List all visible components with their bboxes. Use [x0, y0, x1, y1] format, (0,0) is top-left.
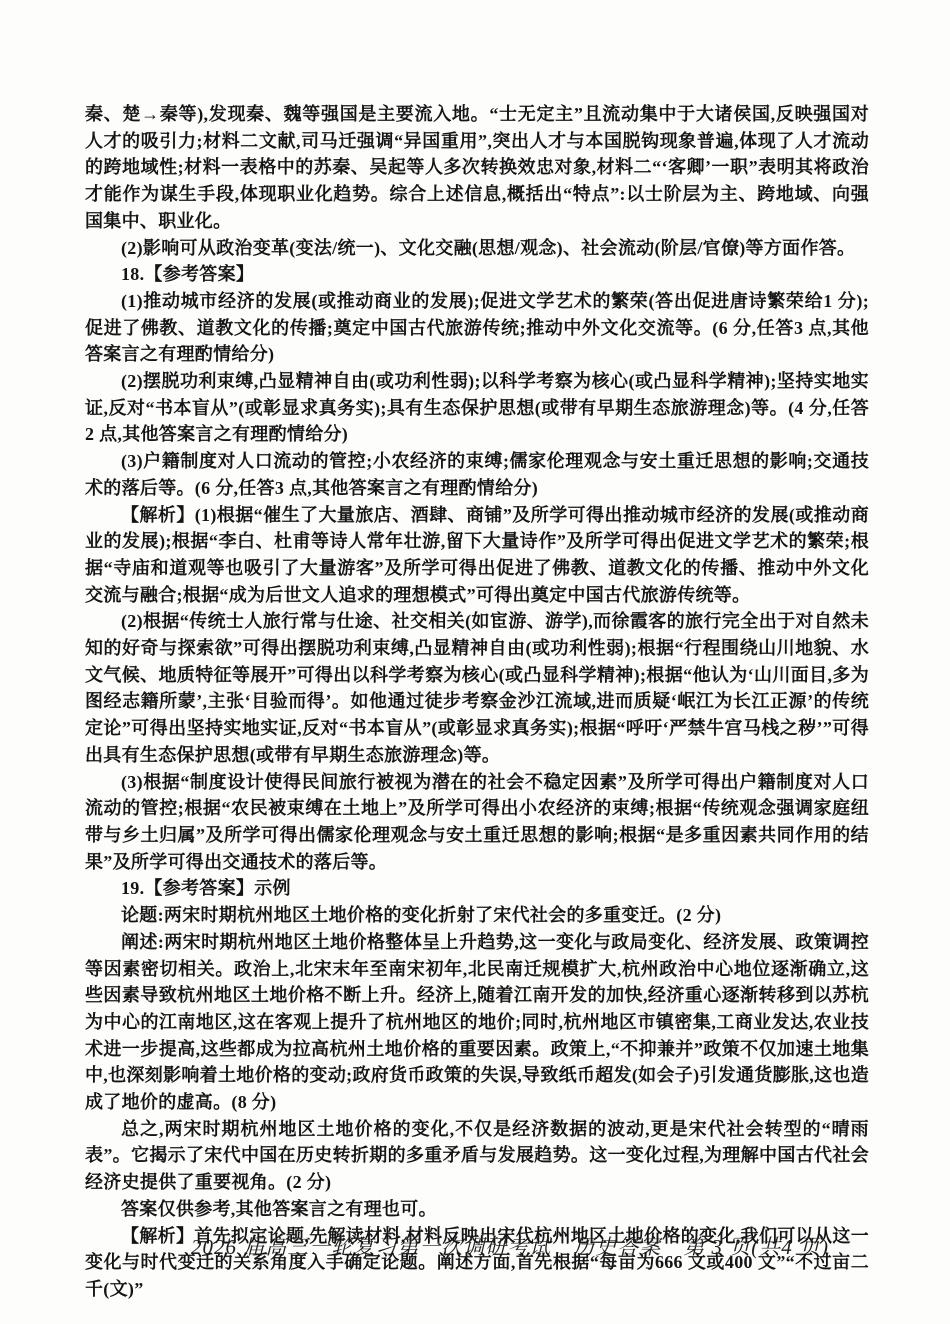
- paragraph: 论题:两宋时期杭州地区土地价格的变化折射了宋代社会的多重变迁。(2 分): [85, 902, 869, 929]
- document-page: 秦、楚→秦等),发现秦、魏等强国是主要流入地。“士无定主”且流动集中于大诸侯国,…: [0, 0, 950, 1324]
- paragraph: 18.【参考答案】: [85, 261, 869, 288]
- paragraph: 阐述:两宋时期杭州地区土地价格整体呈上升趋势,这一变化与政局变化、经济发展、政策…: [85, 929, 869, 1116]
- page-footer: 2026 届高三一轮复习第一次调研考试 历史答案 第 3 页(共4 页): [70, 1231, 950, 1261]
- paragraph: 总之,两宋时期杭州地区土地价格的变化,不仅是经济数据的波动,更是宋代社会转型的“…: [85, 1116, 869, 1196]
- paragraph: 答案仅供参考,其他答案言之有理也可。: [85, 1196, 869, 1223]
- footer-text: 2026 届高三一轮复习第一次调研考试 历史答案 第 3 页(共4 页): [191, 1235, 829, 1259]
- paragraph: (3)根据“制度设计使得民间旅行被视为潜在的社会不稳定因素”及所学可得出户籍制度…: [85, 769, 869, 876]
- paragraph: (2)摆脱功利束缚,凸显精神自由(或功利性弱);以科学考察为核心(或凸显科学精神…: [85, 368, 869, 448]
- paragraph: 19.【参考答案】示例: [85, 875, 869, 902]
- paragraph: 【解析】(1)根据“催生了大量旅店、酒肆、商铺”及所学可得出推动城市经济的发展(…: [85, 502, 869, 609]
- answer-key-body: 秦、楚→秦等),发现秦、魏等强国是主要流入地。“士无定主”且流动集中于大诸侯国,…: [85, 101, 869, 1303]
- paragraph: (2)影响可从政治变革(变法/统一)、文化交融(思想/观念)、社会流动(阶层/官…: [85, 235, 869, 262]
- paragraph: 秦、楚→秦等),发现秦、魏等强国是主要流入地。“士无定主”且流动集中于大诸侯国,…: [85, 101, 869, 235]
- paragraph: (1)推动城市经济的发展(或推动商业的发展);促进文学艺术的繁荣(答出促进唐诗繁…: [85, 288, 869, 368]
- paragraph: (3)户籍制度对人口流动的管控;小农经济的束缚;儒家伦理观念与安土重迁思想的影响…: [85, 448, 869, 501]
- paragraph: (2)根据“传统士人旅行常与仕途、社交相关(如宦游、游学),而徐霞客的旅行完全出…: [85, 608, 869, 768]
